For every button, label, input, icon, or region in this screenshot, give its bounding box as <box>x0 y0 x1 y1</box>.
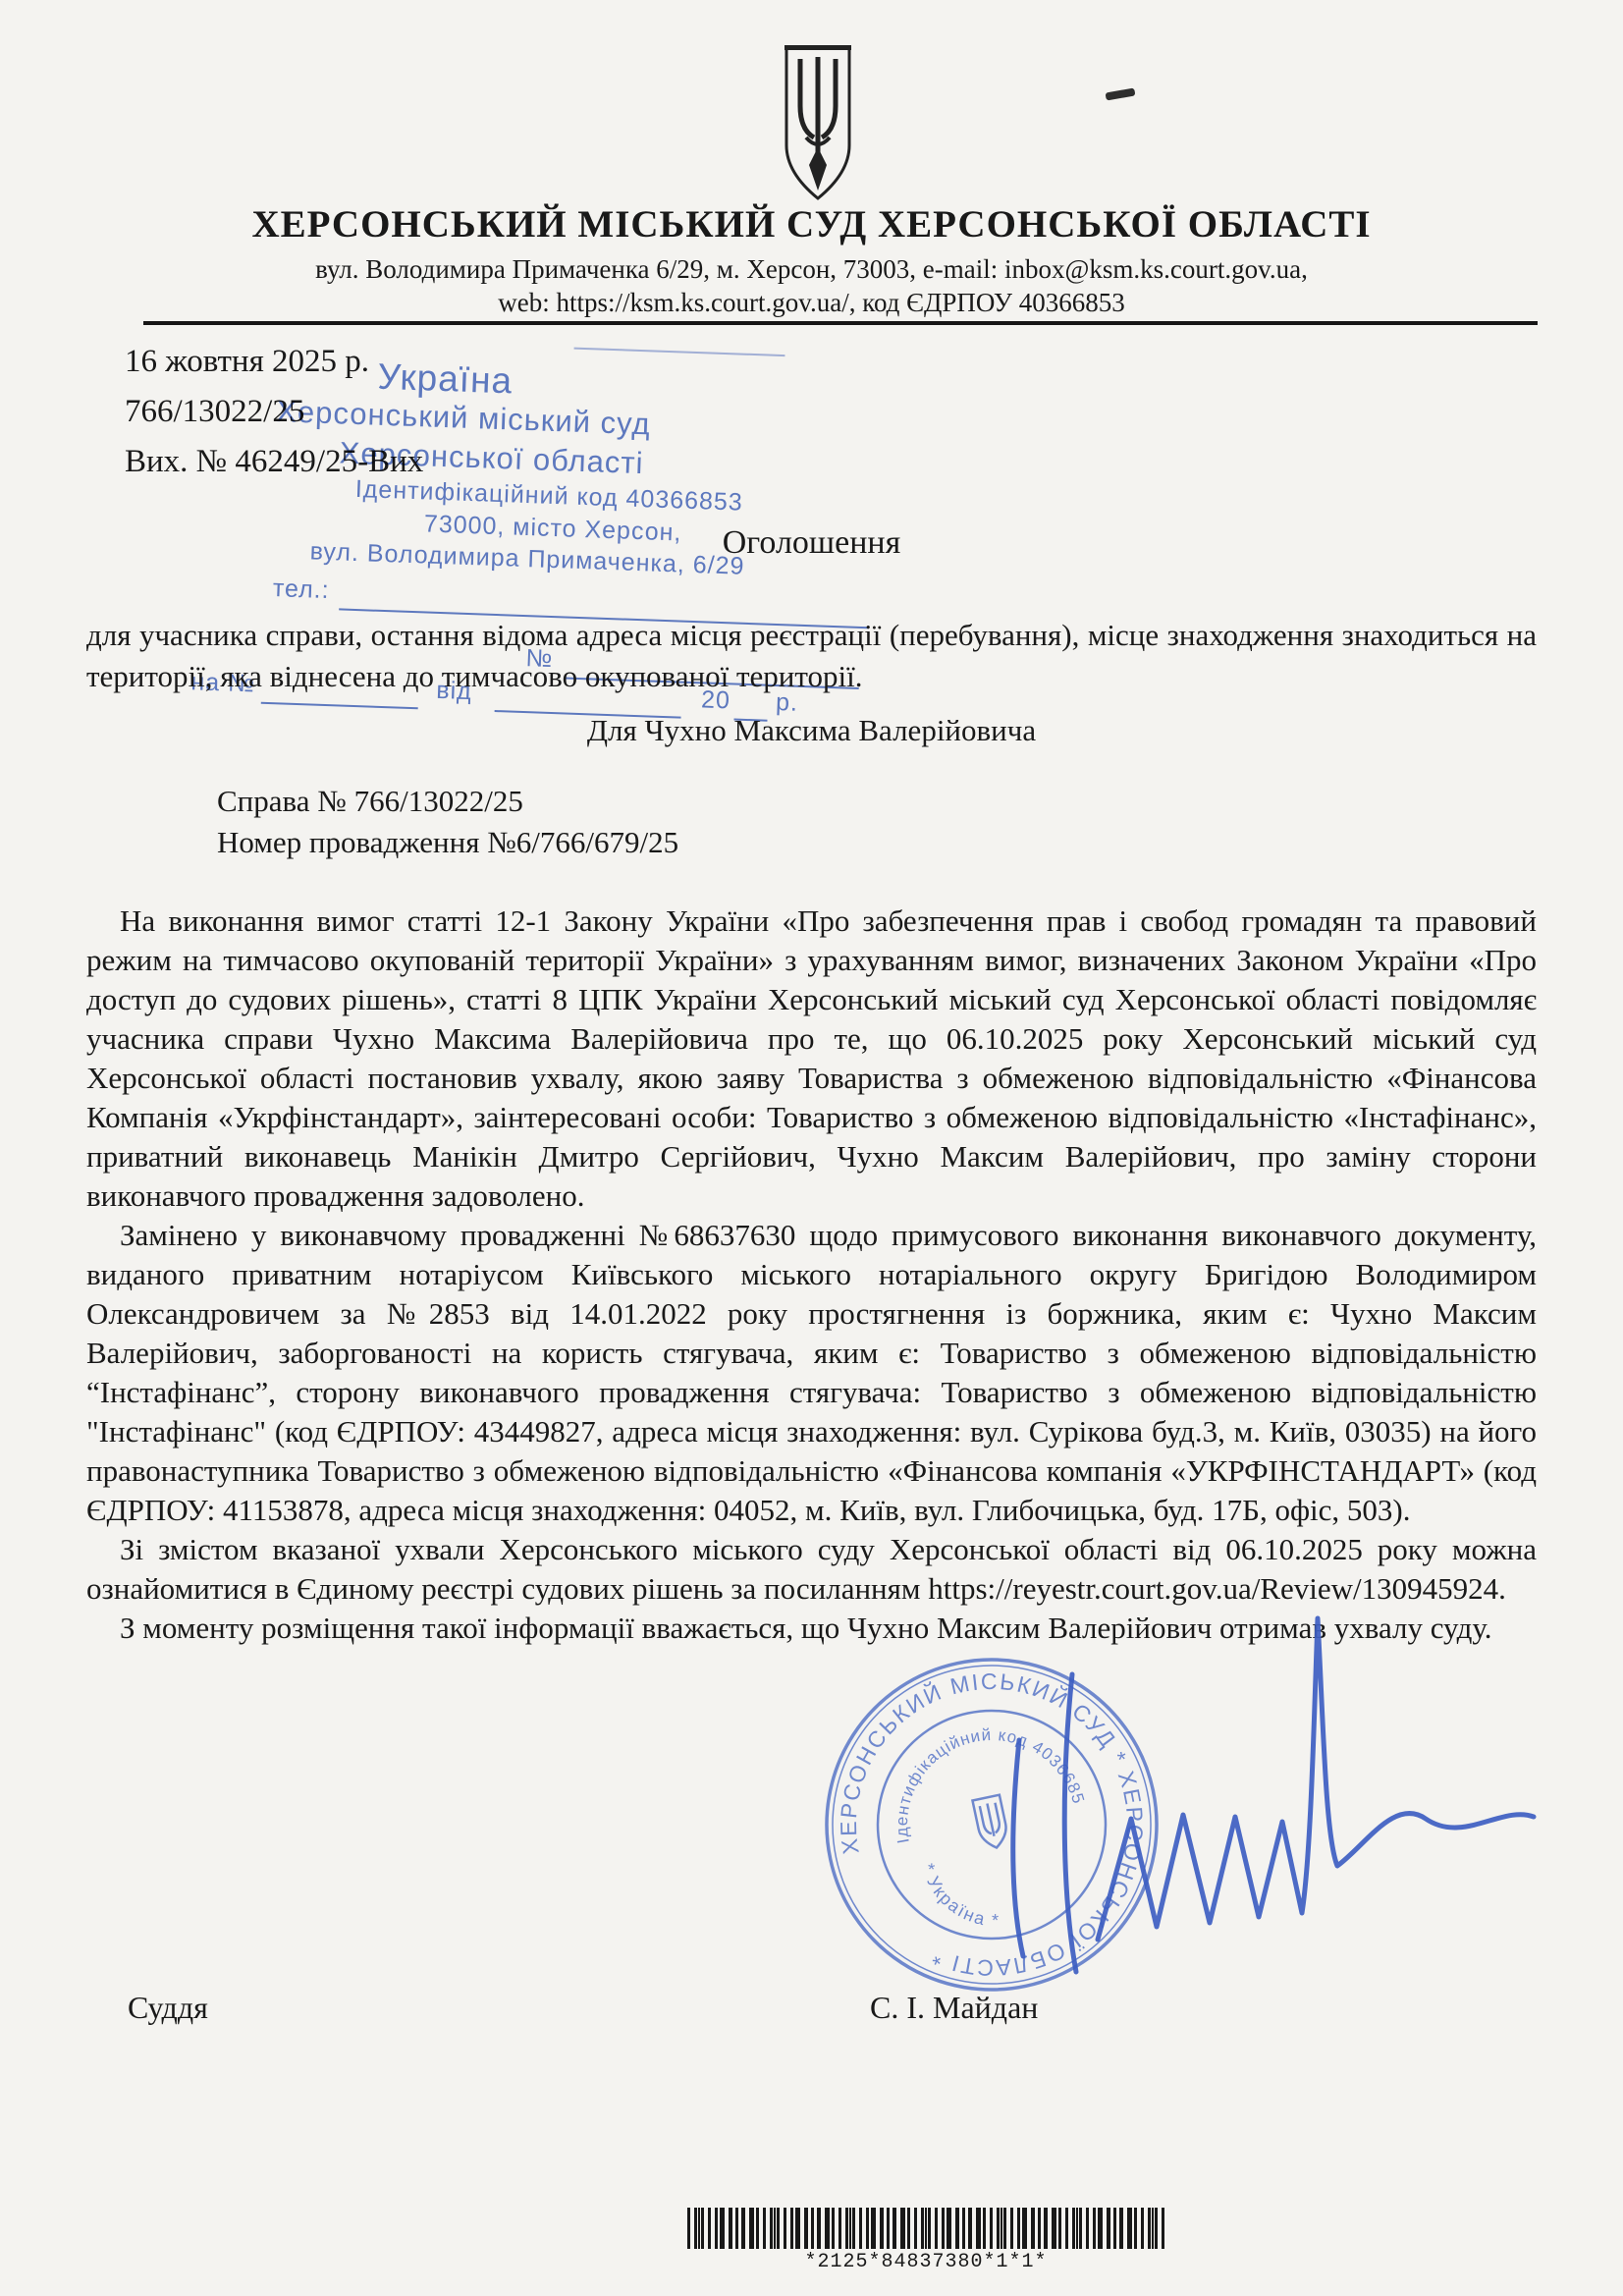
stamp-tel-label: тел.: <box>272 574 330 605</box>
judge-name: С. І. Майдан <box>870 1990 1038 2026</box>
seal-country-text: * Україна * <box>918 1850 1004 1943</box>
seal-and-signature: ХЕРСОНСЬКИЙ МІСЬКИЙ СУД * ХЕРСОНСЬКОЇ ОБ… <box>803 1589 1553 2011</box>
scanned-court-document: ХЕРСОНСЬКИЙ МІСЬКИЙ СУД ХЕРСОНСЬКОЇ ОБЛА… <box>0 0 1623 2296</box>
document-body: На виконання вимог статті 12-1 Закону Ук… <box>86 902 1537 1648</box>
addressee-line: Для Чухно Максима Валерійовича <box>86 713 1537 748</box>
stamp-blank-line <box>261 702 418 710</box>
judge-label: Суддя <box>128 1990 208 2026</box>
seal-trident-icon <box>972 1795 1009 1851</box>
body-paragraph: На виконання вимог статті 12-1 Закону Ук… <box>86 902 1537 1216</box>
round-court-seal: ХЕРСОНСЬКИЙ МІСЬКИЙ СУД * ХЕРСОНСЬКОЇ ОБ… <box>803 1589 1187 2011</box>
court-address-line: вул. Володимира Примаченка 6/29, м. Херс… <box>86 254 1537 285</box>
header-divider-rule <box>143 321 1538 325</box>
svg-text:* Україна *: * Україна * <box>918 1850 1004 1943</box>
ukraine-trident-emblem-icon <box>783 43 853 202</box>
proceeding-number-line: Номер провадження №6/766/679/25 <box>217 825 678 860</box>
court-web-line: web: https://ksm.ks.court.gov.ua/, код Є… <box>86 288 1537 318</box>
body-paragraph: Замінено у виконавчому провадженні №6863… <box>86 1216 1537 1530</box>
document-barcode <box>687 2208 1164 2249</box>
intro-paragraph: для учасника справи, остання відома адре… <box>86 615 1537 697</box>
case-number-line: Справа № 766/13022/25 <box>217 784 523 819</box>
stamp-blank-line <box>574 348 785 357</box>
court-name-heading: ХЕРСОНСЬКИЙ МІСЬКИЙ СУД ХЕРСОНСЬКОЇ ОБЛА… <box>86 202 1537 246</box>
document-title: Оголошення <box>86 524 1537 562</box>
scan-artifact-mark <box>1106 87 1136 100</box>
barcode-text: *2125*84837380*1*1* <box>687 2251 1164 2273</box>
